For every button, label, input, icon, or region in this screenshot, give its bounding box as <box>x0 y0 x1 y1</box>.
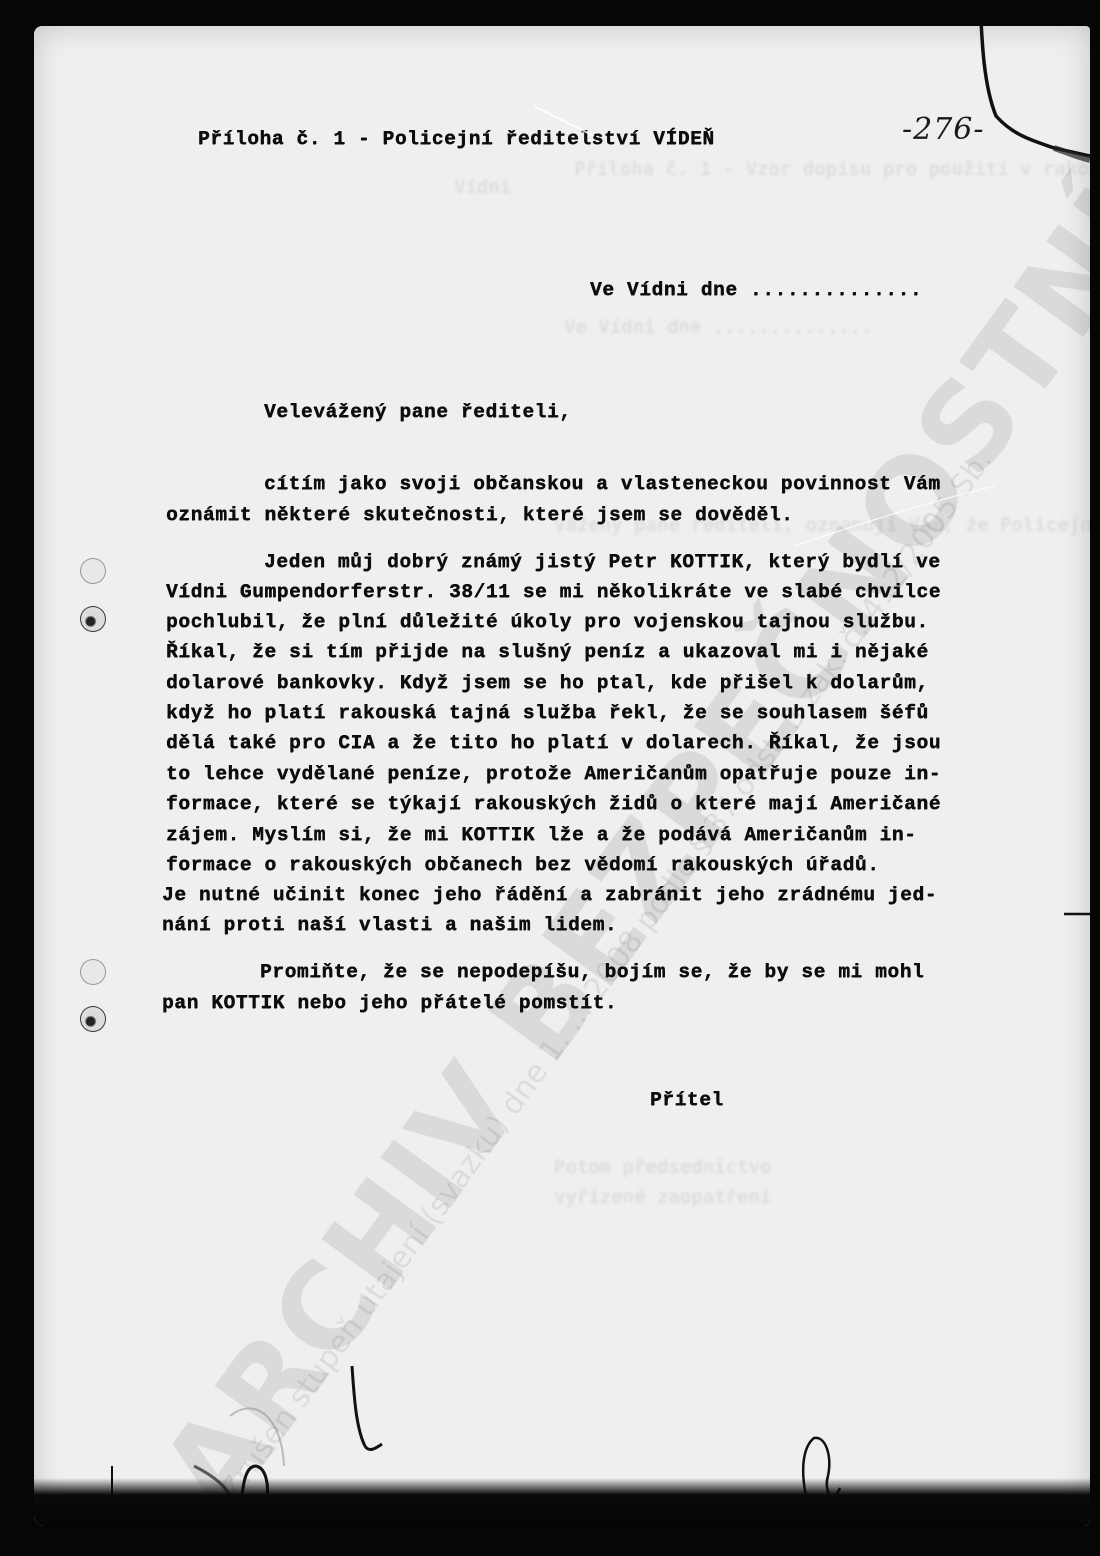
scan-bottom-edge <box>34 1478 1090 1526</box>
document-page: Příloha č. 1 - Vzor dopisu pro použití v… <box>34 26 1090 1526</box>
scan-artifacts <box>34 26 1090 1526</box>
scan-frame: Příloha č. 1 - Vzor dopisu pro použití v… <box>0 0 1100 1556</box>
